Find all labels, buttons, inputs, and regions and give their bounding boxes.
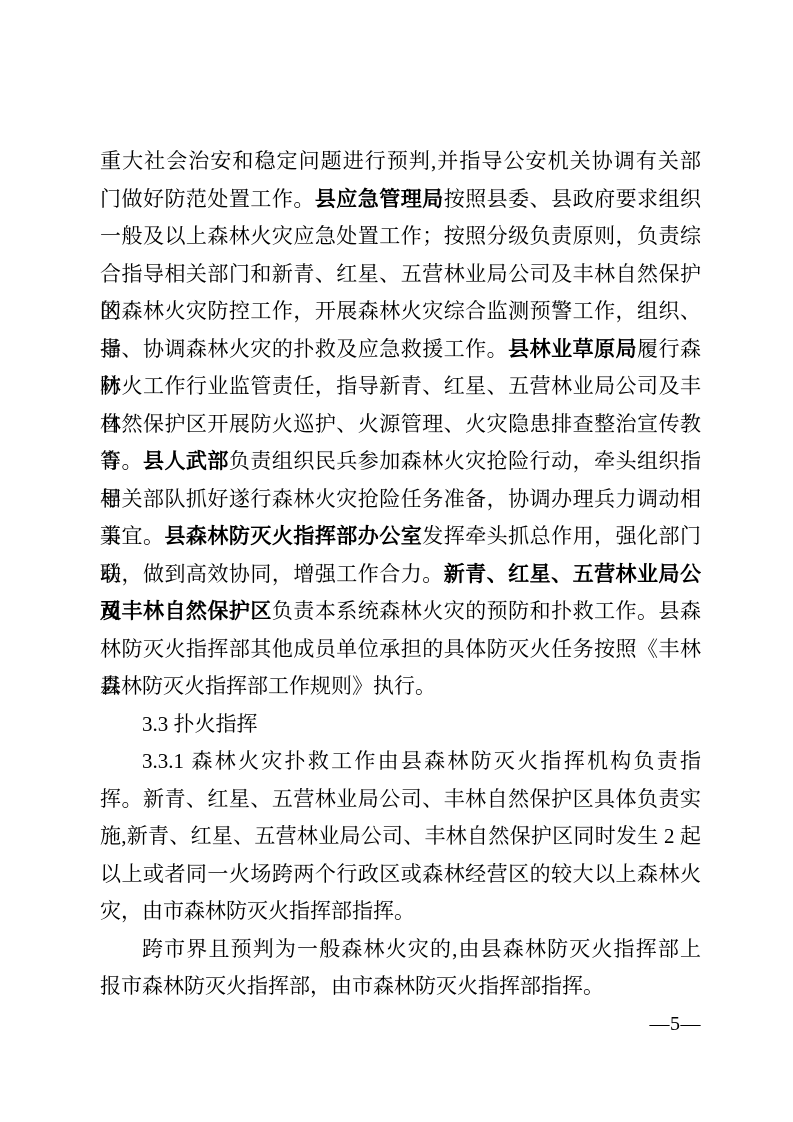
- text-run: 灾，由市森林防灭火指挥部指挥。: [100, 899, 415, 923]
- document-page: 重大社会治安和稳定问题进行预判,并指导公安机关协调有关部门做好防范处置工作。县应…: [0, 0, 793, 1122]
- text-run: 森林防灭火指挥部工作规则》执行。: [100, 674, 436, 698]
- text-run: 动，做到高效协同，增强工作合力。: [100, 562, 444, 586]
- text-line: 相关部队抓好遂行森林火灾抢险任务准备，协调办理兵力调动相关: [100, 481, 701, 519]
- text-line: 事宜。县森林防灭火指挥部办公室发挥牵头抓总作用，强化部门联: [100, 518, 701, 556]
- text-run: 报市森林防灭火指挥部，由市森林防灭火指挥部指挥。: [100, 974, 604, 998]
- text-run: 3.3.1 森林火灾扑救工作由县森林防灭火指挥机构负责指: [142, 749, 701, 773]
- text-line: 门做好防范处置工作。县应急管理局按照县委、县政府要求组织: [100, 181, 701, 219]
- text-run: 门做好防范处置工作。: [100, 187, 315, 211]
- text-run: 施,新青、红星、五营林业局公司、丰林自然保护区同时发生 2 起: [100, 824, 701, 848]
- bold-run: 县人武部: [143, 449, 229, 473]
- section-heading: 3.3 扑火指挥: [100, 706, 701, 744]
- text-run: 3.3 扑火指挥: [142, 712, 258, 736]
- text-run: 挥。新青、红星、五营林业局公司、丰林自然保护区具体负责实: [100, 787, 701, 811]
- text-run: 一般及以上森林火灾应急处置工作；按照分级负责原则，负责综: [100, 224, 701, 248]
- text-run: 事宜。: [100, 524, 164, 548]
- text-line: 防火工作行业监管责任，指导新青、红星、五营林业局公司及丰林: [100, 368, 701, 406]
- text-line: 一般及以上森林火灾应急处置工作；按照分级负责原则，负责综: [100, 218, 701, 256]
- text-line: 林防灭火指挥部其他成员单位承担的具体防灭火任务按照《丰林县: [100, 631, 701, 669]
- text-line: 动，做到高效协同，增强工作合力。新青、红星、五营林业局公司: [100, 556, 701, 594]
- text-line: 以上或者同一火场跨两个行政区或森林经营区的较大以上森林火: [100, 856, 701, 894]
- text-line: 3.3.1 森林火灾扑救工作由县森林防灭火指挥机构负责指: [100, 743, 701, 781]
- text-line: 重大社会治安和稳定问题进行预判,并指导公安机关协调有关部: [100, 143, 701, 181]
- bold-run: 及丰林自然保护区: [100, 599, 272, 623]
- text-line: 挥。新青、红星、五营林业局公司、丰林自然保护区具体负责实: [100, 781, 701, 819]
- bold-run: 县林业草原局: [508, 337, 637, 361]
- text-run: 按照县委、县政府要求组织: [444, 187, 701, 211]
- page-number: —5—: [100, 1006, 701, 1044]
- text-line: 自然保护区开展防火巡护、火源管理、火灾隐患排查整治宣传教育: [100, 406, 701, 444]
- text-line: 施,新青、红星、五营林业局公司、丰林自然保护区同时发生 2 起: [100, 818, 701, 856]
- text-run: 重大社会治安和稳定问题进行预判,并指导公安机关协调有关部: [100, 149, 701, 173]
- text-line: 报市森林防灭火指挥部，由市森林防灭火指挥部指挥。: [100, 968, 701, 1006]
- text-line: 的森林火灾防控工作，开展森林火灾综合监测预警工作，组织、指: [100, 293, 701, 331]
- text-run: 等。: [100, 449, 143, 473]
- text-line: 等。县人武部负责组织民兵参加森林火灾抢险行动，牵头组织指导: [100, 443, 701, 481]
- text-run: 导、协调森林火灾的扑救及应急救援工作。: [100, 337, 508, 361]
- document-body: 重大社会治安和稳定问题进行预判,并指导公安机关协调有关部门做好防范处置工作。县应…: [100, 143, 701, 1043]
- text-line: 灾，由市森林防灭火指挥部指挥。: [100, 893, 701, 931]
- text-run: 负责本系统森林火灾的预防和扑救工作。县森: [272, 599, 701, 623]
- bold-run: 县应急管理局: [315, 187, 444, 211]
- text-line: 导、协调森林火灾的扑救及应急救援工作。县林业草原局履行森林: [100, 331, 701, 369]
- text-run: 以上或者同一火场跨两个行政区或森林经营区的较大以上森林火: [100, 862, 701, 886]
- bold-run: 县森林防灭火指挥部办公室: [164, 524, 422, 548]
- text-line: 森林防灭火指挥部工作规则》执行。: [100, 668, 701, 706]
- text-line: 合指导相关部门和新青、红星、五营林业局公司及丰林自然保护区: [100, 256, 701, 294]
- text-run: 跨市界且预判为一般森林火灾的,由县森林防灭火指挥部上: [142, 937, 701, 961]
- text-line: 跨市界且预判为一般森林火灾的,由县森林防灭火指挥部上: [100, 931, 701, 969]
- text-line: 及丰林自然保护区负责本系统森林火灾的预防和扑救工作。县森: [100, 593, 701, 631]
